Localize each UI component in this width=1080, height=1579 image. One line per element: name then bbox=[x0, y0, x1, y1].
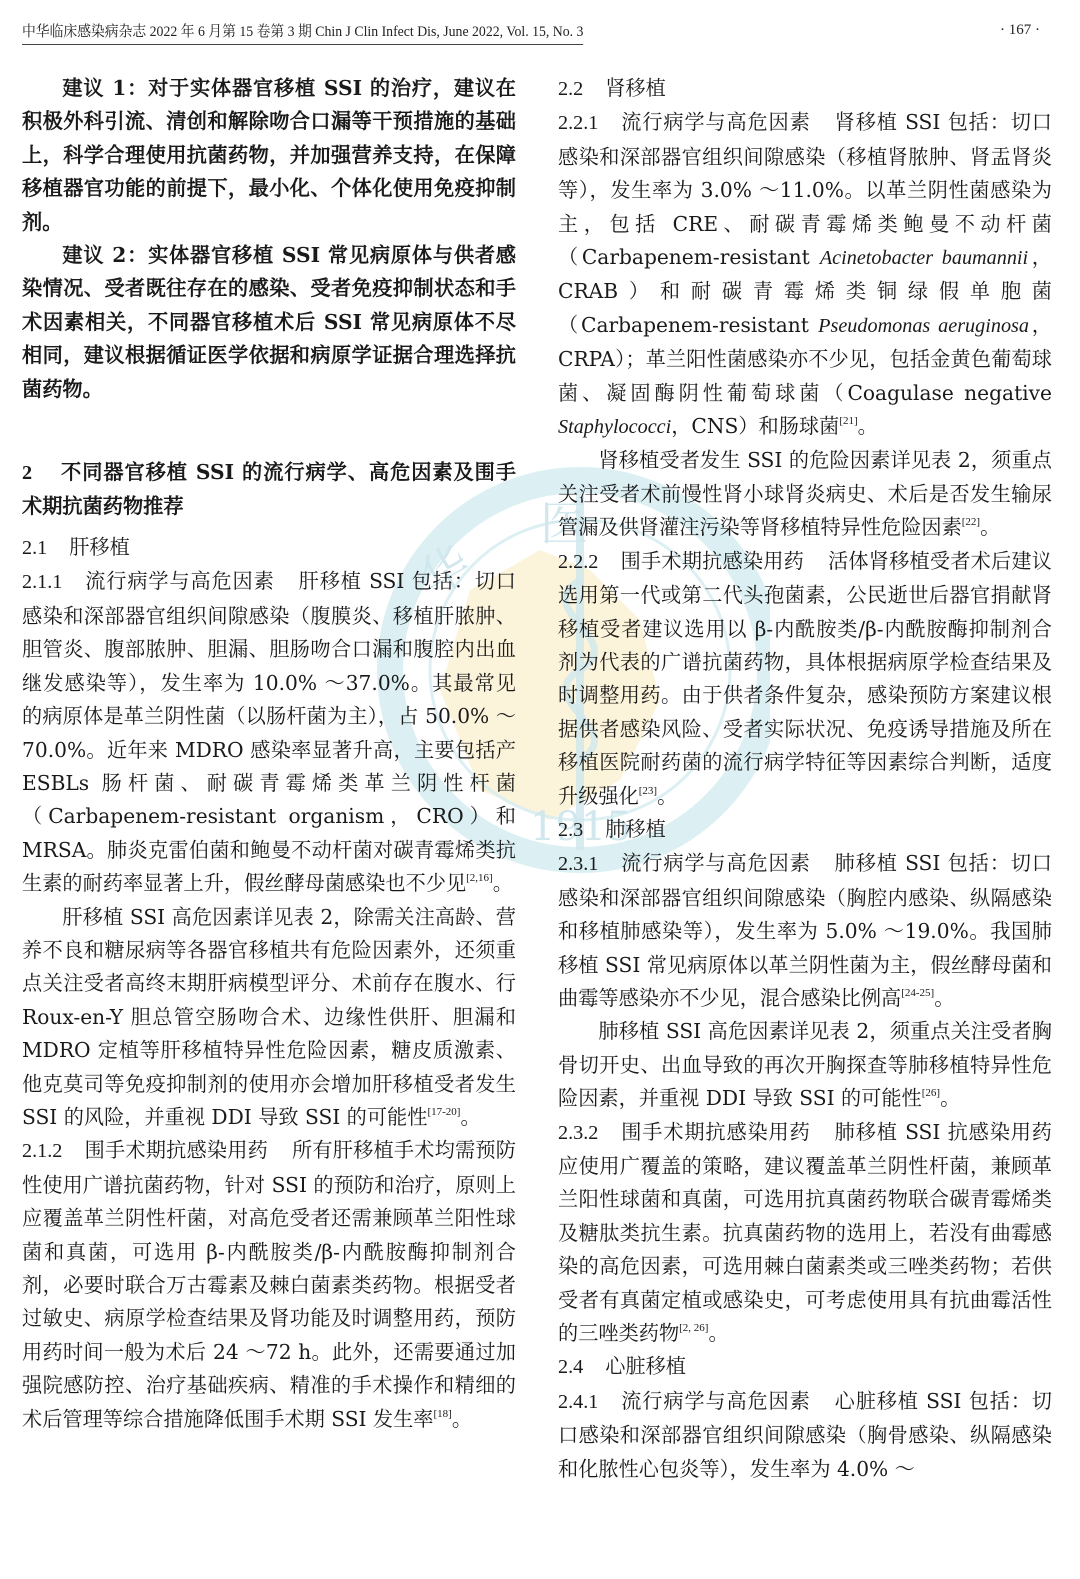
liver-risk-factors-paragraph: 肝移植 SSI 高危因素详见表 2，除需关注高龄、营养不良和糖尿病等各器官移植共… bbox=[22, 901, 516, 1135]
recommendation-1: 建议 1：对于实体器官移植 SSI 的治疗，建议在积极外科引流、清创和解除吻合口… bbox=[22, 72, 516, 239]
paragraph-text: 活体肾移植受者术后建议选用第一代或第二代头孢菌素，公民逝世后器官捐献肾移植受者建… bbox=[558, 549, 1052, 808]
section-number: 2.2 bbox=[558, 78, 583, 100]
section-number: 2.1.2 bbox=[22, 1140, 62, 1162]
section-number: 2.1 bbox=[22, 537, 47, 559]
section-2-3-1-paragraph: 2.3.1流行病学与高危因素肺移植 SSI 包括：切口感染和深部器官组织间隙感染… bbox=[558, 847, 1052, 1015]
section-2-2-2-paragraph: 2.2.2围手术期抗感染用药活体肾移植受者术后建议选用第一代或第二代头孢菌素，公… bbox=[558, 545, 1052, 813]
section-2-2-1-paragraph: 2.2.1流行病学与高危因素肾移植 SSI 包括：切口感染和深部器官组织间隙感染… bbox=[558, 106, 1052, 444]
paragraph-text: 肝移植 SSI 高危因素详见表 2，除需关注高龄、营养不良和糖尿病等各器官移植共… bbox=[22, 905, 516, 1129]
section-2-1-1-paragraph: 2.1.1流行病学与高危因素肝移植 SSI 包括：切口感染和深部器官组织间隙感染… bbox=[22, 565, 516, 900]
subsection-title: 流行病学与高危因素 bbox=[620, 1389, 810, 1413]
section-number: 2.4.1 bbox=[558, 1391, 598, 1413]
journal-running-title: 中华临床感染病杂志 2022 年 6 月第 15 卷第 3 期 Chin J C… bbox=[22, 20, 583, 45]
paragraph-text: 肺移植 SSI 高危因素详见表 2，须重点关注受者胸骨切开史、出血导致的再次开胸… bbox=[558, 1019, 1052, 1110]
subsection-title: 围手术期抗感染用药 bbox=[620, 549, 804, 573]
section-number: 2.3 bbox=[558, 819, 583, 841]
section-title: 肺移植 bbox=[605, 817, 666, 841]
section-2-4-1-paragraph: 2.4.1流行病学与高危因素心脏移植 SSI 包括：切口感染和深部器官组织间隙感… bbox=[558, 1385, 1052, 1486]
punctuation: 。 bbox=[940, 1086, 960, 1110]
section-title: 肾移植 bbox=[605, 76, 666, 100]
right-column: 2.2肾移植 2.2.1流行病学与高危因素肾移植 SSI 包括：切口感染和深部器… bbox=[558, 72, 1052, 1486]
citation: [21] bbox=[839, 415, 857, 427]
subsection-title: 流行病学与高危因素 bbox=[620, 110, 810, 134]
citation: [22] bbox=[962, 516, 980, 528]
punctuation: 。 bbox=[657, 784, 677, 808]
punctuation: 。 bbox=[858, 414, 878, 438]
subsection-title: 围手术期抗感染用药 bbox=[84, 1138, 268, 1162]
section-title: 心脏移植 bbox=[605, 1354, 686, 1378]
citation: [2, 26] bbox=[679, 1322, 708, 1334]
punctuation: 。 bbox=[493, 871, 513, 895]
species-name: Acinetobacter baumannii bbox=[820, 247, 1028, 269]
section-number: 2.2.2 bbox=[558, 551, 598, 573]
section-number: 2.1.1 bbox=[22, 571, 62, 593]
section-2-3-2-paragraph: 2.3.2围手术期抗感染用药肺移植 SSI 抗感染用药应使用广覆盖的策略，建议覆… bbox=[558, 1116, 1052, 1351]
page-number: · 167 · bbox=[1000, 22, 1040, 39]
running-header: 中华临床感染病杂志 2022 年 6 月第 15 卷第 3 期 Chin J C… bbox=[22, 16, 1058, 44]
section-number: 2.3.1 bbox=[558, 853, 598, 875]
left-column: 建议 1：对于实体器官移植 SSI 的治疗，建议在积极外科引流、清创和解除吻合口… bbox=[22, 72, 516, 1436]
recommendation-2: 建议 2：实体器官移植 SSI 常见病原体与供者感染情况、受者既往存在的感染、受… bbox=[22, 239, 516, 406]
section-2-1-2-paragraph: 2.1.2围手术期抗感染用药所有肝移植手术均需预防性使用广谱抗菌药物，针对 SS… bbox=[22, 1134, 516, 1436]
subsection-title: 流行病学与高危因素 bbox=[620, 851, 810, 875]
section-2-4-heading: 2.4心脏移植 bbox=[558, 1350, 1052, 1384]
recommendation-1-label: 建议 1： bbox=[62, 76, 148, 100]
section-number: 2.4 bbox=[558, 1356, 583, 1378]
citation: [26] bbox=[922, 1087, 940, 1099]
paragraph-text: 所有肝移植手术均需预防性使用广谱抗菌药物，针对 SSI 的预防和治疗，原则上应覆… bbox=[22, 1138, 516, 1430]
section-2-2-heading: 2.2肾移植 bbox=[558, 72, 1052, 106]
subsection-title: 围手术期抗感染用药 bbox=[620, 1120, 810, 1144]
species-name: Pseudomonas aeruginosa bbox=[818, 315, 1029, 337]
species-name: Staphylococci bbox=[558, 416, 671, 438]
punctuation: 。 bbox=[460, 1105, 480, 1129]
section-number: 2.2.1 bbox=[558, 112, 598, 134]
paragraph-text: 肾移植 SSI 包括：切口感染和深部器官组织间隙感染（移植肾脓肿、肾盂肾炎等），… bbox=[558, 110, 1052, 269]
recommendation-2-label: 建议 2： bbox=[62, 243, 148, 267]
punctuation: 。 bbox=[934, 986, 954, 1010]
section-number: 2 bbox=[22, 462, 32, 484]
publisher-watermark-text bbox=[80, 1448, 560, 1488]
paragraph-text: 肺移植 SSI 包括：切口感染和深部器官组织间隙感染（胸腔内感染、纵隔感染和移植… bbox=[558, 851, 1052, 1010]
lung-risk-factors-paragraph: 肺移植 SSI 高危因素详见表 2，须重点关注受者胸骨切开史、出血导致的再次开胸… bbox=[558, 1015, 1052, 1115]
punctuation: 。 bbox=[452, 1407, 472, 1431]
section-2-3-heading: 2.3肺移植 bbox=[558, 813, 1052, 847]
paragraph-text: 肺移植 SSI 抗感染用药应使用广覆盖的策略，建议覆盖革兰阴性杆菌，兼顾革兰阳性… bbox=[558, 1120, 1052, 1345]
citation: [23] bbox=[639, 785, 657, 797]
section-number: 2.3.2 bbox=[558, 1122, 598, 1144]
kidney-risk-factors-paragraph: 肾移植受者发生 SSI 的危险因素详见表 2，须重点关注受者术前慢性肾小球肾炎病… bbox=[558, 444, 1052, 544]
citation: [18] bbox=[434, 1408, 452, 1420]
citation: [2,16] bbox=[466, 872, 493, 884]
subsection-title: 流行病学与高危因素 bbox=[84, 569, 274, 593]
citation: [24-25] bbox=[901, 987, 934, 999]
paragraph-text: ，CNS）和肠球菌 bbox=[671, 414, 839, 438]
paragraph-text: 肝移植 SSI 包括：切口感染和深部器官组织间隙感染（腹膜炎、移植肝脓肿、胆管炎… bbox=[22, 569, 516, 895]
citation: [17-20] bbox=[427, 1106, 460, 1118]
section-title: 不同器官移植 SSI 的流行病学、高危因素及围手术期抗菌药物推荐 bbox=[22, 460, 516, 518]
punctuation: 。 bbox=[708, 1321, 728, 1345]
section-2-heading: 2不同器官移植 SSI 的流行病学、高危因素及围手术期抗菌药物推荐 bbox=[22, 456, 516, 523]
section-title: 肝移植 bbox=[69, 535, 130, 559]
punctuation: 。 bbox=[980, 515, 1000, 539]
section-2-1-heading: 2.1肝移植 bbox=[22, 531, 516, 565]
